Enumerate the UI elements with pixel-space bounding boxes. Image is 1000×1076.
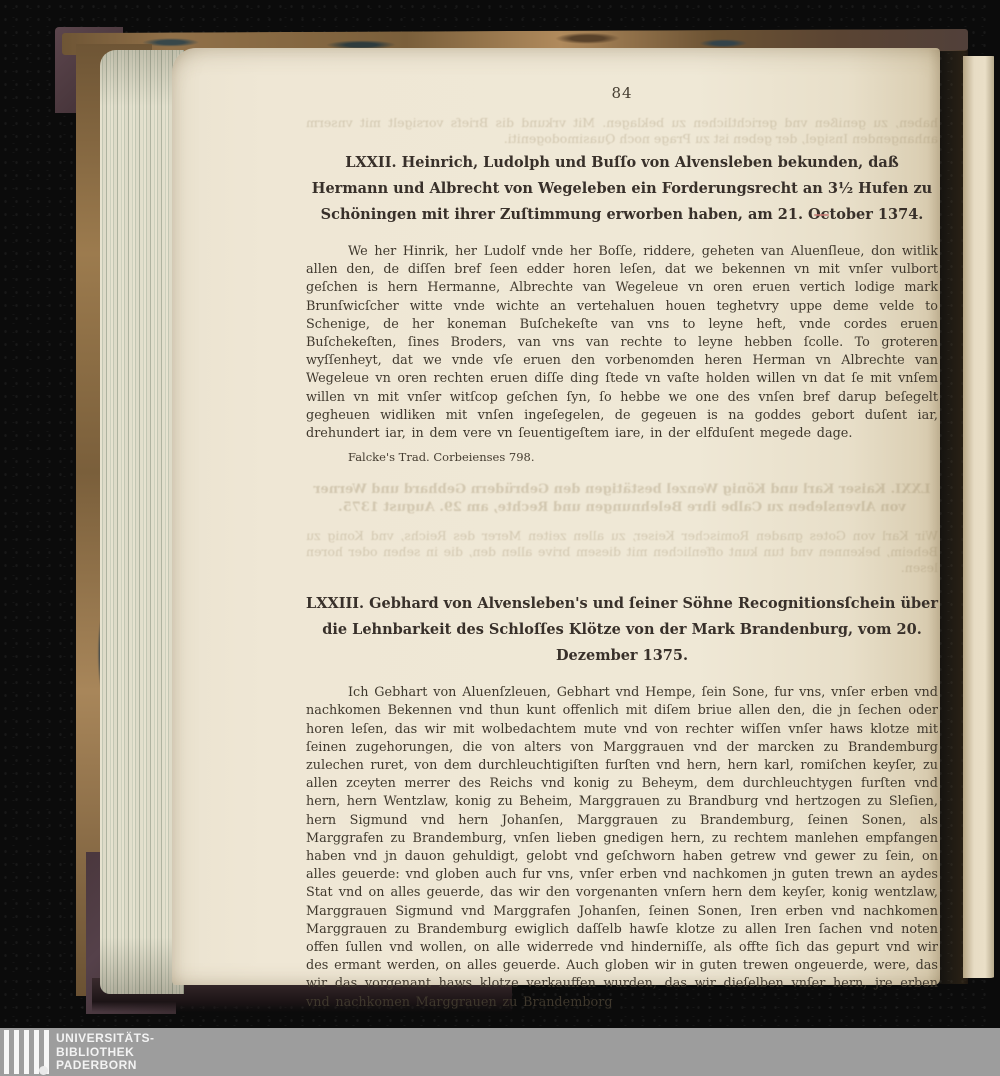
bleed-through-top: haben, zu genißen vnd gerichtlichen zu b…	[306, 115, 938, 147]
library-name-line2: BIBLIOTHEK	[56, 1046, 155, 1060]
library-name-line3: PADERBORN	[56, 1059, 155, 1073]
logo-dot-icon	[39, 1066, 48, 1075]
watermark-band: UNIVERSITÄTS- BIBLIOTHEK PADERBORN	[0, 1028, 1000, 1076]
library-name: UNIVERSITÄTS- BIBLIOTHEK PADERBORN	[56, 1032, 155, 1073]
logo-bar-icon	[24, 1030, 29, 1074]
scan-background: 84 haben, zu genißen vnd gerichtlichen z…	[0, 0, 1000, 1076]
section-lxxiii-heading: LXXIII. Gebhard von Alvensleben's und ſe…	[306, 591, 938, 669]
section-lxxii-body: We her Hinrik, her Ludolf vnde her Boſſe…	[306, 243, 938, 443]
section-lxxiii-body: Ich Gebhart von Aluenſzleuen, Gebhart vn…	[306, 684, 938, 1012]
section-lxxii-heading: LXXII. Heinrich, Ludolph und Buſſo von A…	[306, 150, 938, 228]
logo-bar-icon	[14, 1030, 19, 1074]
logo-bar-icon	[4, 1030, 9, 1074]
page-number: 84	[306, 84, 938, 102]
library-logo-icon	[2, 1030, 52, 1074]
section-lxxii-footnote: Falcke's Trad. Corbeienses 798.	[306, 450, 938, 464]
library-name-line1: UNIVERSITÄTS-	[56, 1032, 155, 1046]
logo-bar-icon	[34, 1030, 39, 1074]
bleed-through-lxxi-body: Wir Karl von Gotes gnaden Romischer Keis…	[306, 528, 938, 576]
bleed-through-lxxi-heading: LXXI. Kaiser Karl und König Wenzel bestä…	[306, 481, 938, 517]
right-background-edge	[994, 0, 1000, 1076]
red-pencil-mark	[814, 214, 829, 216]
gutter-shadow	[928, 50, 968, 984]
book-page: 84 haben, zu genißen vnd gerichtlichen z…	[172, 48, 940, 985]
page-text-block: 84 haben, zu genißen vnd gerichtlichen z…	[306, 48, 938, 1012]
